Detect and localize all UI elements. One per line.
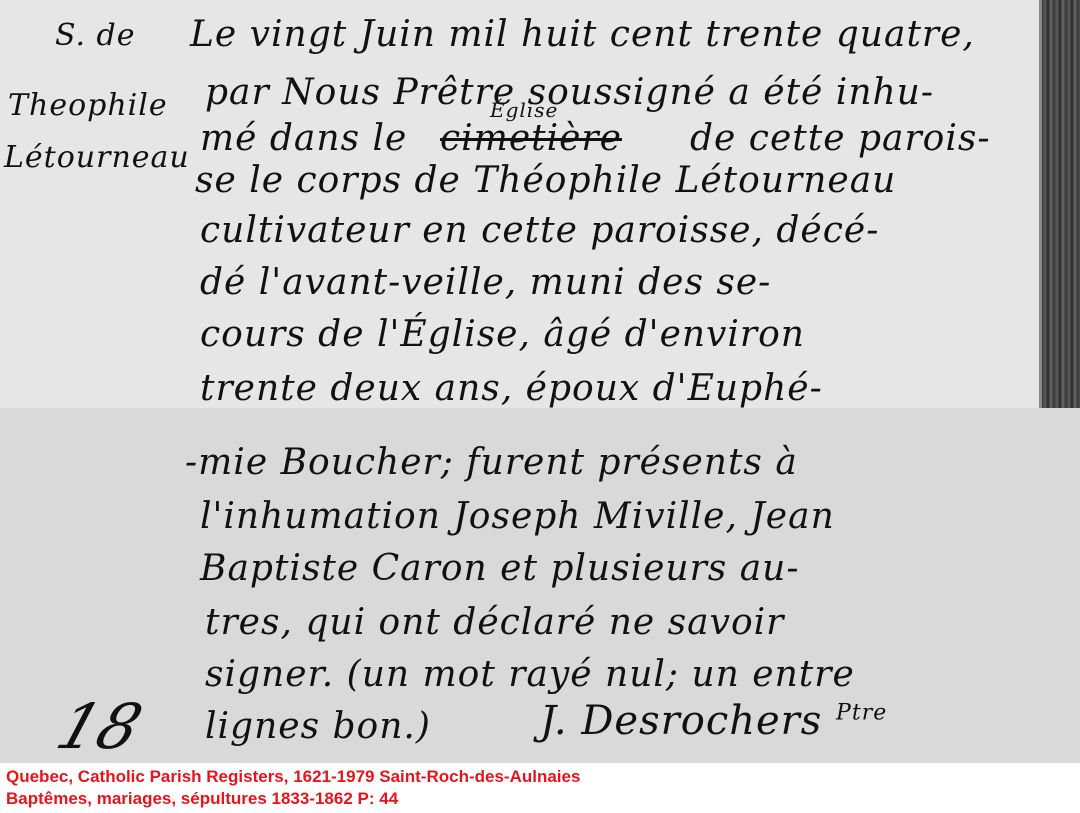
signature-name: J. Desrochers [540, 698, 822, 744]
register-line-1: Le vingt Juin mil huit cent trente quatr… [190, 14, 975, 55]
register-line-6: dé l'avant-veille, muni des se- [200, 262, 771, 303]
margin-name-first: Theophile [8, 88, 168, 123]
register-line-3: mé dans le [200, 118, 407, 159]
register-line-2: par Nous Prêtre soussigné a été inhu- [205, 72, 934, 113]
register-line-3b: de cette parois- [690, 118, 990, 159]
scan-page-bottom: -mie Boucher; furent présents à l'inhuma… [0, 408, 1080, 763]
caption-source-line: Quebec, Catholic Parish Registers, 1621-… [6, 767, 580, 787]
signature-title: Ptre [836, 701, 887, 726]
margin-entry-code: S. de [55, 18, 136, 53]
caption-volume-line: Baptêmes, mariages, sépultures 1833-1862… [6, 789, 398, 809]
scan-page-top: S. de Theophile Létourneau Le vingt Juin… [0, 0, 1080, 408]
register-line-11: Baptiste Caron et plusieurs au- [200, 548, 800, 589]
book-binding [1042, 0, 1080, 408]
priest-signature: J. Desrochers Ptre [540, 698, 887, 744]
register-line-7: cours de l'Église, âgé d'environ [200, 314, 805, 355]
struck-word: cimetière [440, 118, 622, 159]
register-line-8: trente deux ans, époux d'Euphé- [200, 368, 823, 408]
register-line-10: l'inhumation Joseph Miville, Jean [200, 496, 835, 537]
margin-name-last: Létourneau [4, 140, 190, 175]
register-line-5: cultivateur en cette paroisse, décé- [200, 210, 879, 251]
register-line-12: tres, qui ont déclaré ne savoir [205, 602, 784, 643]
register-line-13: signer. (un mot rayé nul; un entre [205, 654, 855, 695]
register-line-9: -mie Boucher; furent présents à [185, 442, 798, 483]
register-line-14: lignes bon.) [205, 706, 431, 747]
register-line-4: se le corps de Théophile Létourneau [195, 160, 896, 201]
